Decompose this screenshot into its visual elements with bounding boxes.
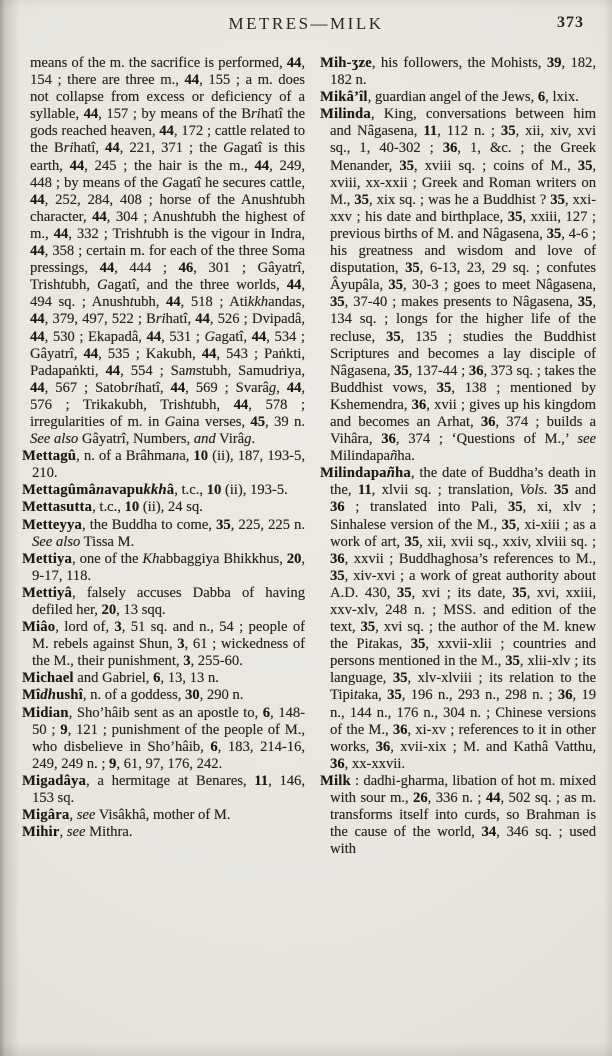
volume-number: 44 xyxy=(54,226,69,242)
entry-headword: Mettagû xyxy=(22,448,76,464)
entry-headword: Milinda xyxy=(320,106,371,122)
volume-number: 44 xyxy=(287,55,302,71)
volume-number: 44 xyxy=(146,329,161,345)
volume-number: 35 xyxy=(512,585,527,601)
italic-text: ñ xyxy=(390,448,397,464)
index-entry: Milindapañha, the date of Buddha’s death… xyxy=(320,465,596,773)
volume-number: 45 xyxy=(250,414,265,430)
volume-number: 20 xyxy=(102,602,117,618)
italic-text: Vols. xyxy=(520,482,548,498)
volume-number: 36 xyxy=(558,687,573,703)
volume-number: 39 xyxy=(547,55,562,71)
volume-number: 44 xyxy=(166,294,181,310)
index-entry: Milinda, King, conversations between him… xyxy=(320,106,596,465)
volume-number: 6 xyxy=(153,670,160,686)
volume-number: 35 xyxy=(502,517,517,533)
italic-text: ñ xyxy=(387,465,395,481)
italic-text: and xyxy=(194,431,216,447)
entry-headword: Milindapañha xyxy=(320,465,411,481)
volume-number: 35 xyxy=(388,277,403,293)
index-entry: Mettagûmânavapukkhâ, t.c., 10 (ii), 193-… xyxy=(22,482,305,499)
volume-number: 11 xyxy=(254,773,268,789)
volume-number: 35 xyxy=(578,294,593,310)
volume-number: 36 xyxy=(330,756,345,772)
volume-number: 35 xyxy=(550,192,565,208)
volume-number: 3 xyxy=(114,619,121,635)
entry-headword: Mih-ʒze xyxy=(320,55,372,71)
volume-number: 36 xyxy=(330,499,345,515)
volume-number: 44 xyxy=(195,311,210,327)
italic-text: dh xyxy=(40,687,56,703)
volume-number: 35 xyxy=(361,619,376,635)
volume-number: 35 xyxy=(411,636,426,652)
italic-text: see xyxy=(67,824,86,840)
volume-number: 9 xyxy=(60,722,67,738)
volume-number: 35 xyxy=(397,585,412,601)
italic-text: ri xyxy=(128,380,138,396)
italic-text: ri xyxy=(156,311,166,327)
volume-number: 44 xyxy=(486,790,501,806)
volume-number: 11 xyxy=(423,123,437,139)
volume-number: 35 xyxy=(386,329,401,345)
italic-text: See also xyxy=(30,431,78,447)
volume-number: 44 xyxy=(30,192,45,208)
italic-text: see xyxy=(77,807,96,823)
volume-number: 35 xyxy=(405,534,420,550)
volume-number: 30 xyxy=(185,687,200,703)
volume-number: 44 xyxy=(30,243,45,259)
volume-number: 36 xyxy=(330,551,345,567)
italic-text: G xyxy=(223,140,234,156)
volume-number: 44 xyxy=(159,123,174,139)
volume-number: 36 xyxy=(376,739,391,755)
volume-number: 10 xyxy=(125,499,140,515)
volume-number: 35 xyxy=(405,260,420,276)
volume-number: 26 xyxy=(413,790,428,806)
volume-number: 35 xyxy=(330,294,345,310)
italic-text: t xyxy=(130,294,134,310)
italic-text: See also xyxy=(32,534,80,550)
volume-number: 35 xyxy=(216,517,231,533)
volume-number: 44 xyxy=(252,329,267,345)
index-entry: Michael and Gabriel, 6, 13, 13 n. xyxy=(22,670,305,687)
italic-text: t xyxy=(369,636,373,652)
index-entry: Mîdhushî, n. of a goddess, 30, 290 n. xyxy=(22,687,305,704)
italic-text: n xyxy=(96,482,104,498)
volume-number: 44 xyxy=(83,346,98,362)
italic-text: Kh xyxy=(142,551,159,567)
volume-number: 34 xyxy=(482,824,497,840)
italic-text: see xyxy=(577,431,596,447)
index-entry: Midian, Sho’hâib sent as an apostle to, … xyxy=(22,705,305,773)
italic-text: t xyxy=(190,209,194,225)
volume-number: 44 xyxy=(106,363,121,379)
volume-number: 36 xyxy=(393,722,408,738)
volume-number: 35 xyxy=(393,670,408,686)
entry-headword: Migâra xyxy=(22,807,69,823)
running-head-title: METRES—MILK xyxy=(0,14,612,34)
volume-number: 35 xyxy=(505,653,520,669)
index-entry: Metteyya, the Buddha to come, 35, 225, 2… xyxy=(22,517,305,551)
volume-number: 35 xyxy=(354,192,369,208)
index-entry: Mettasutta, t.c., 10 (ii), 24 sq. xyxy=(22,499,305,516)
book-page: METRES—MILK 373 means of the m. the sacr… xyxy=(0,0,612,1056)
italic-text: G xyxy=(165,414,176,430)
volume-number: 9 xyxy=(109,756,116,772)
volume-number: 35 xyxy=(330,568,345,584)
volume-number: 36 xyxy=(381,431,396,447)
italic-text: t xyxy=(354,687,358,703)
italic-text: G xyxy=(204,329,215,345)
volume-number: 44 xyxy=(92,209,107,225)
italic-text: m xyxy=(185,363,196,379)
volume-number: 36 xyxy=(481,414,496,430)
volume-number: 6 xyxy=(210,739,217,755)
volume-number: 44 xyxy=(234,397,249,413)
entry-headword: Mihir xyxy=(22,824,59,840)
volume-number: 44 xyxy=(171,380,186,396)
entry-headword: Mettasutta xyxy=(22,499,92,515)
entry-headword: Mikâ’îl xyxy=(320,89,368,105)
volume-number: 3 xyxy=(183,653,190,669)
index-entry: Mikâ’îl, guardian angel of the Jews, 6, … xyxy=(320,89,596,106)
italic-text: kkh xyxy=(248,294,268,310)
index-entry: Mettagû, n. of a Brâhmana, 10 (ii), 187,… xyxy=(22,448,305,482)
volume-number: 46 xyxy=(179,260,194,276)
index-entry: Miâo, lord of, 3, 51 sq. and n., 54 ; pe… xyxy=(22,619,305,670)
italic-text: t xyxy=(143,226,147,242)
volume-number: 3 xyxy=(177,636,184,652)
volume-number: 36 xyxy=(443,140,458,156)
volume-number: 35 xyxy=(508,499,523,515)
volume-number: 44 xyxy=(30,329,45,345)
entry-headword: Midian xyxy=(22,705,69,721)
volume-number: 35 xyxy=(508,209,523,225)
volume-number: 35 xyxy=(387,687,402,703)
volume-number: 10 xyxy=(207,482,222,498)
entry-headword: Metteyya xyxy=(22,517,82,533)
volume-number: 44 xyxy=(100,260,115,276)
italic-text: kkh xyxy=(143,482,166,498)
italic-text: n xyxy=(172,448,179,464)
volume-number: 20 xyxy=(287,551,302,567)
italic-text: ri xyxy=(64,140,74,156)
volume-number: 35 xyxy=(399,158,414,174)
entry-headword: Miâo xyxy=(22,619,55,635)
volume-number: 44 xyxy=(30,311,45,327)
volume-number: 35 xyxy=(437,380,452,396)
page-number: 373 xyxy=(557,14,584,32)
volume-number: 44 xyxy=(254,158,269,174)
italic-text: t xyxy=(60,277,64,293)
volume-number: 35 xyxy=(554,482,569,498)
volume-number: 35 xyxy=(501,123,516,139)
entry-headword: Mettagûmânavapukkhâ xyxy=(22,482,174,498)
volume-number: 44 xyxy=(30,380,45,396)
entry-headword: Mîdhushî xyxy=(22,687,83,703)
volume-number: 10 xyxy=(193,448,208,464)
volume-number: 36 xyxy=(469,363,484,379)
left-column: means of the m. the sacrifice is perform… xyxy=(22,55,305,1033)
entry-headword: Migadâya xyxy=(22,773,86,789)
entry-headword: Mettiya xyxy=(22,551,72,567)
volume-number: 6 xyxy=(263,705,270,721)
volume-number: 44 xyxy=(202,346,217,362)
volume-number: 44 xyxy=(105,140,120,156)
italic-text: g xyxy=(269,380,276,396)
volume-number: 11 xyxy=(358,482,372,498)
italic-text: t xyxy=(190,397,194,413)
volume-number: 44 xyxy=(184,72,199,88)
volume-number: 35 xyxy=(578,158,593,174)
index-entry: Mettiyâ, falsely accuses Dabba of having… xyxy=(22,585,305,619)
index-entry: Milk : dadhi-gharma, libation of hot m. … xyxy=(320,773,596,858)
volume-number: 44 xyxy=(70,158,85,174)
entry-headword: Milk xyxy=(320,773,351,789)
index-entry: Migâra, see Visâkhâ, mother of M. xyxy=(22,807,305,824)
index-entry: Mettiya, one of the Khabbaggiya Bhikkhus… xyxy=(22,551,305,585)
index-columns: means of the m. the sacrifice is perform… xyxy=(22,55,596,1033)
volume-number: 44 xyxy=(287,380,302,396)
right-column: Mih-ʒze, his followers, the Mohists, 39,… xyxy=(320,55,596,1033)
running-head: METRES—MILK 373 xyxy=(0,14,612,38)
italic-text: G xyxy=(97,277,108,293)
index-entry: Mih-ʒze, his followers, the Mohists, 39,… xyxy=(320,55,596,89)
entry-headword: Michael xyxy=(22,670,74,686)
index-entry: Mihir, see Mithra. xyxy=(22,824,305,841)
volume-number: 36 xyxy=(412,397,427,413)
italic-text: G xyxy=(162,175,173,191)
volume-number: 35 xyxy=(547,226,562,242)
italic-text: g xyxy=(244,431,251,447)
index-entry: Migadâya, a hermitage at Benares, 11, 14… xyxy=(22,773,305,807)
entry-headword: Mettiyâ xyxy=(22,585,72,601)
volume-number: 35 xyxy=(394,363,409,379)
volume-number: 44 xyxy=(84,106,99,122)
volume-number: 44 xyxy=(287,277,302,293)
volume-number: 6 xyxy=(538,89,545,105)
italic-text: ri xyxy=(251,106,261,122)
index-entry-continuation: means of the m. the sacrifice is perform… xyxy=(22,55,305,448)
italic-text: t xyxy=(279,192,283,208)
